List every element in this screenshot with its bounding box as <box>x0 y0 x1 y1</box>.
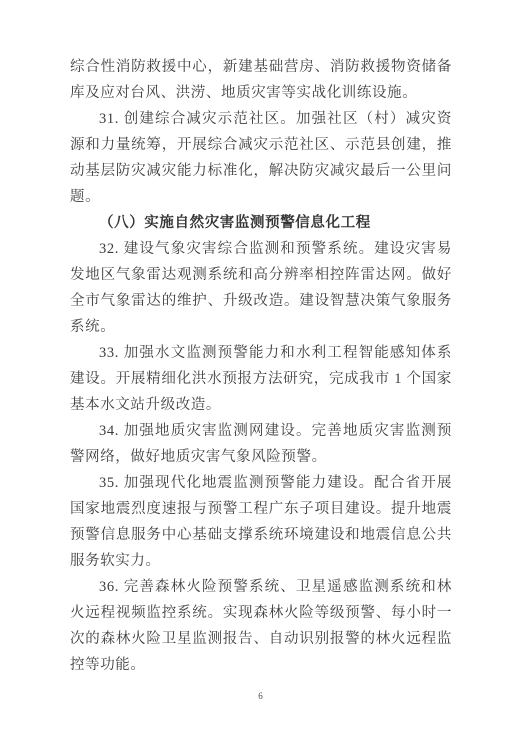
paragraph-continuation: 综合性消防救援中心，新建基础营房、消防救援物资储备库及应对台风、洪涝、地质灾害等… <box>70 54 452 106</box>
paragraph-item-32: 32. 建设气象灾害综合监测和预警系统。建设灾害易发地区气象雷达观测系统和高分辨… <box>70 236 452 340</box>
page-number: 6 <box>0 691 521 701</box>
paragraph-item-35: 35. 加强现代化地震监测预警能力建设。配合省开展国家地震烈度速报与预警工程广东… <box>70 470 452 574</box>
section-heading: （八）实施自然灾害监测预警信息化工程 <box>70 210 452 236</box>
paragraph-item-33: 33. 加强水文监测预警能力和水利工程智能感知体系建设。开展精细化洪水预报方法研… <box>70 340 452 418</box>
text-block: 综合性消防救援中心，新建基础营房、消防救援物资储备库及应对台风、洪涝、地质灾害等… <box>70 54 452 678</box>
paragraph-item-34: 34. 加强地质灾害监测网建设。完善地质灾害监测预警网络，做好地质灾害气象风险预… <box>70 418 452 470</box>
paragraph-item-31: 31. 创建综合减灾示范社区。加强社区（村）减灾资源和力量统筹，开展综合减灾示范… <box>70 106 452 210</box>
document-page: 综合性消防救援中心，新建基础营房、消防救援物资储备库及应对台风、洪涝、地质灾害等… <box>0 0 521 729</box>
paragraph-item-36: 36. 完善森林火险预警系统、卫星遥感监测系统和林火远程视频监控系统。实现森林火… <box>70 574 452 678</box>
